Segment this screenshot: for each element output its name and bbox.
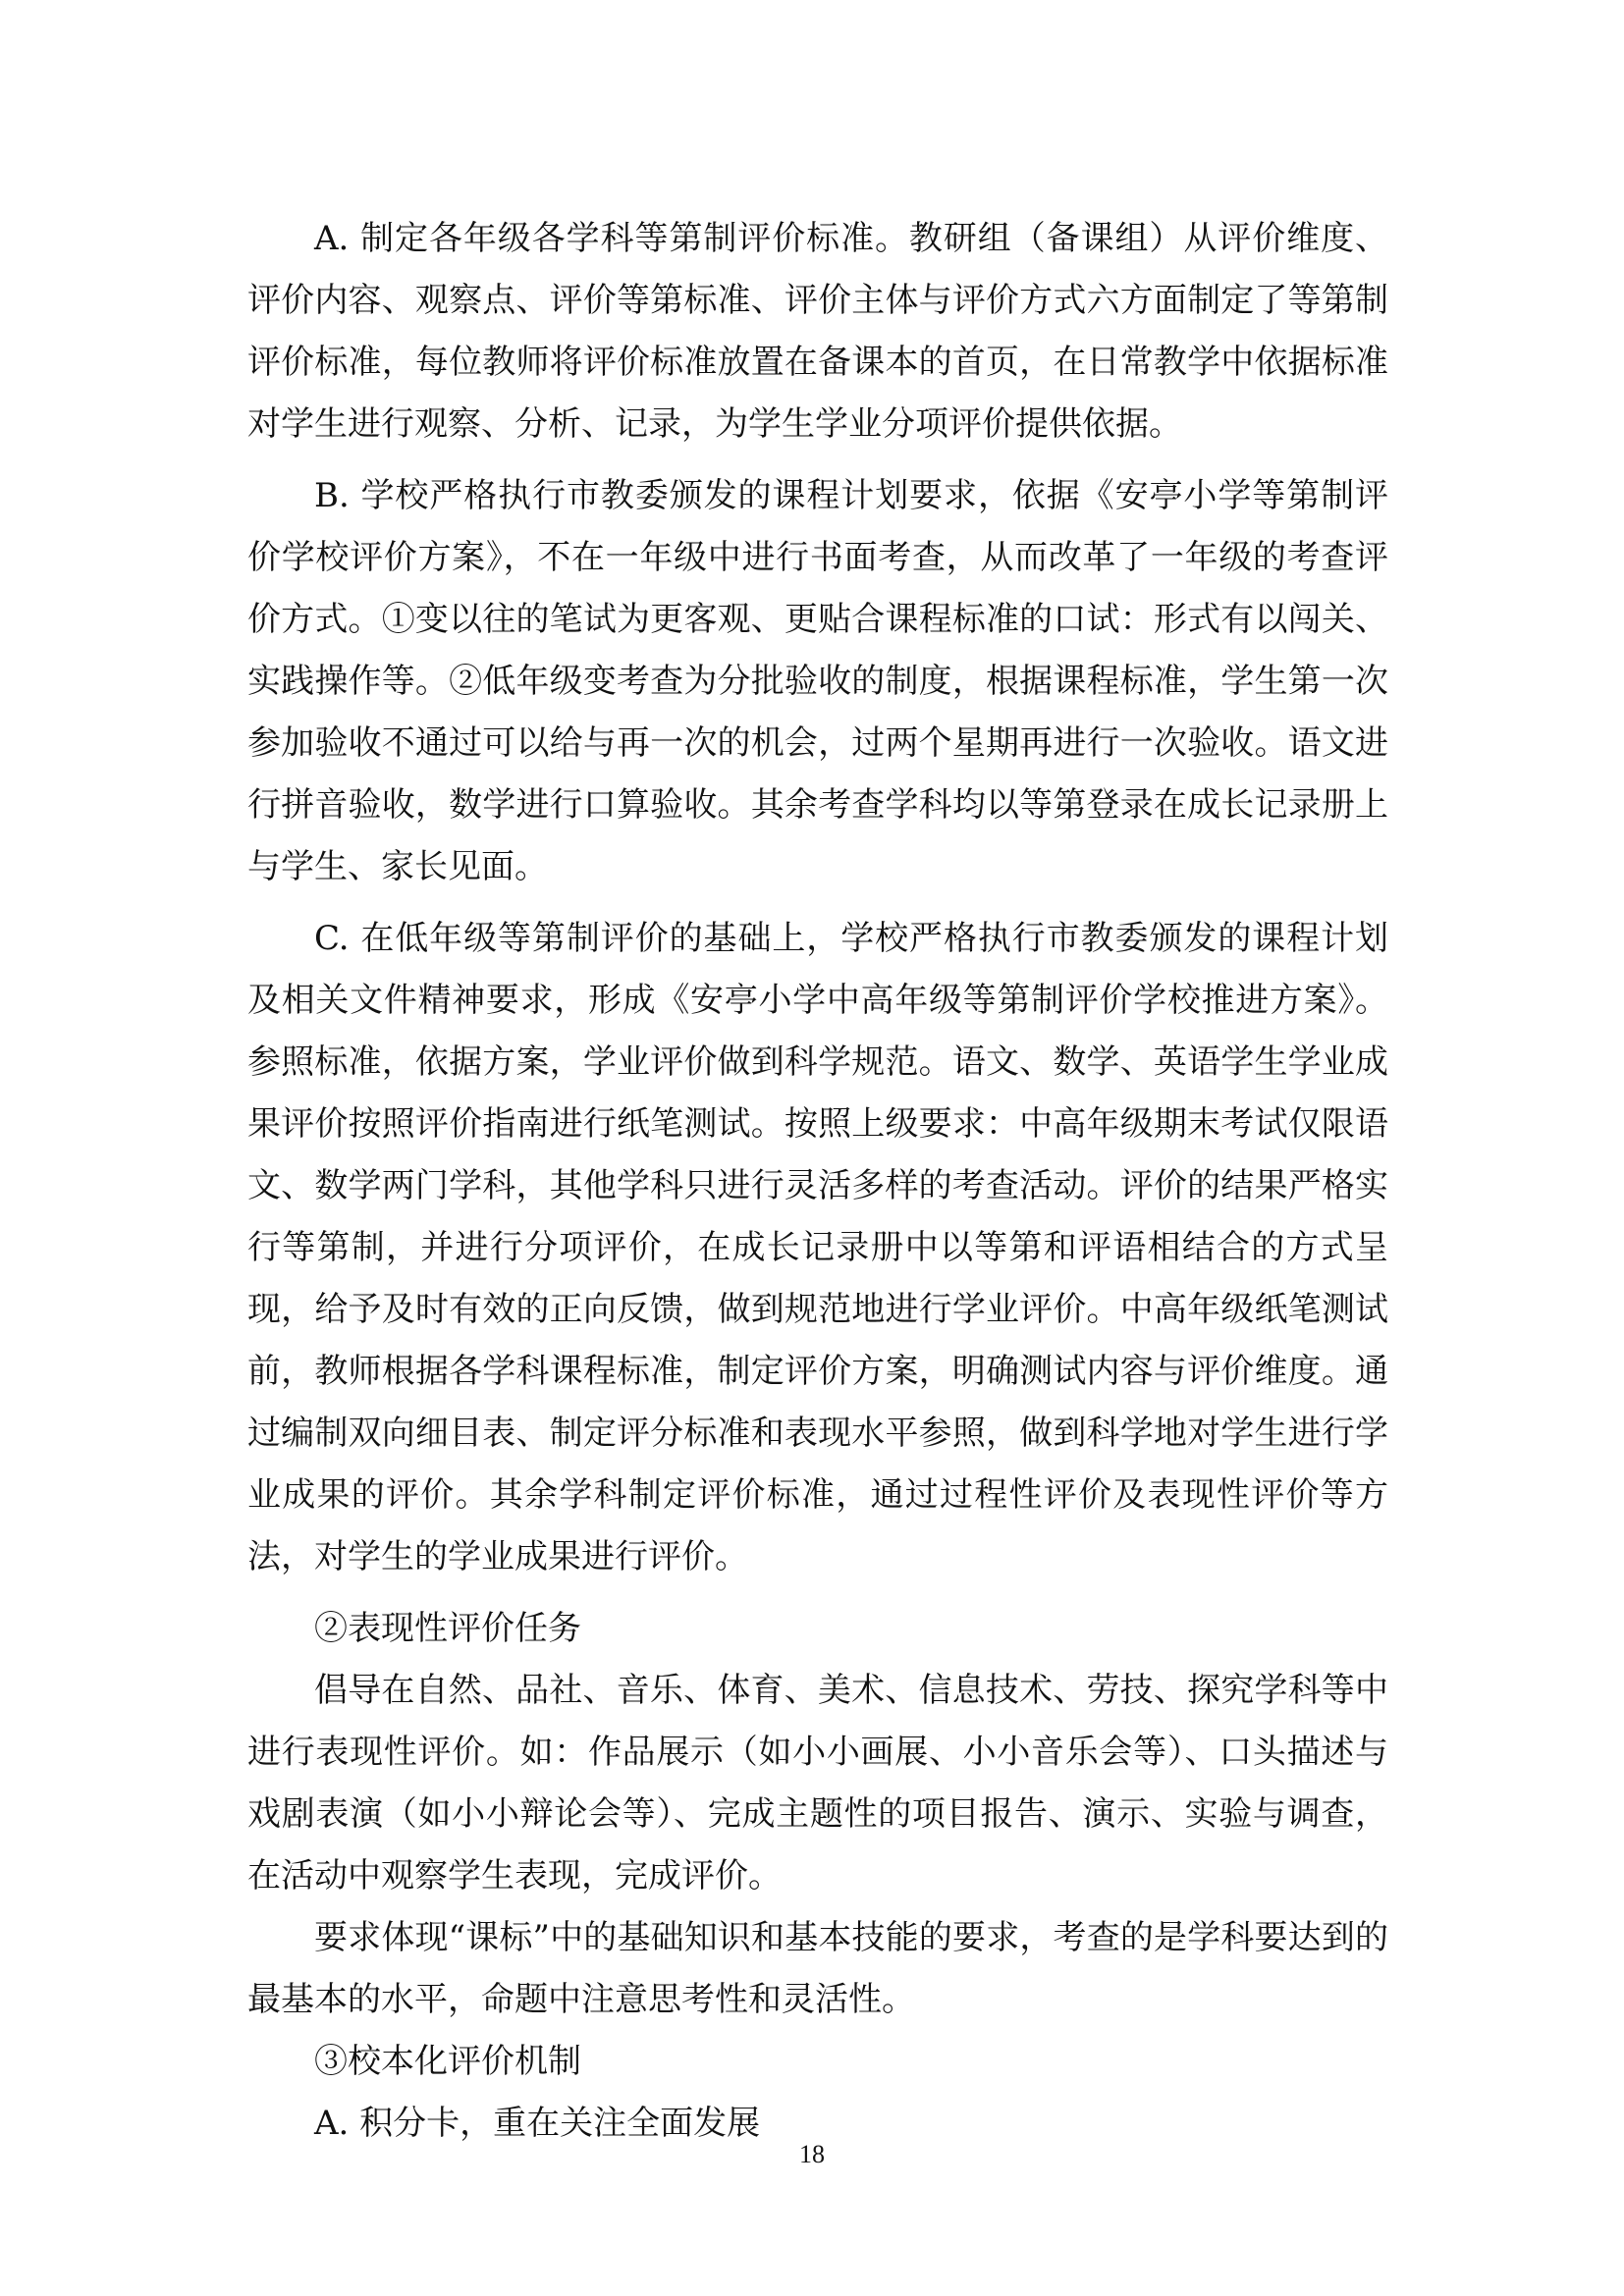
page-number: 18 xyxy=(0,2140,1624,2169)
heading-school-based-mechanism: ③校本化评价机制 xyxy=(247,2031,1388,2093)
paragraph-a-grading-standards: A. 制定各年级各学科等第制评价标准。教研组（备课组）从评价维度、评价内容、观察… xyxy=(247,208,1388,455)
heading-performance-tasks: ②表现性评价任务 xyxy=(247,1598,1388,1660)
paragraph-b-first-grade-reform: B. 学校严格执行市教委颁发的课程计划要求，依据《安亭小学等第制评价学校评价方案… xyxy=(247,465,1388,898)
paragraph-curriculum-requirements: 要求体现“课标”中的基础知识和基本技能的要求，考查的是学科要达到的最基本的水平，… xyxy=(247,1907,1388,2031)
document-page: A. 制定各年级各学科等第制评价标准。教研组（备课组）从评价维度、评价内容、观察… xyxy=(0,0,1624,2296)
paragraph-performance-evaluation: 倡导在自然、品社、音乐、体育、美术、信息技术、劳技、探究学科等中进行表现性评价。… xyxy=(247,1660,1388,1907)
paragraph-c-upper-grade-plan: C. 在低年级等第制评价的基础上，学校严格执行市教委颁发的课程计划及相关文件精神… xyxy=(247,908,1388,1588)
page-body: A. 制定各年级各学科等第制评价标准。教研组（备课组）从评价维度、评价内容、观察… xyxy=(247,208,1388,2155)
